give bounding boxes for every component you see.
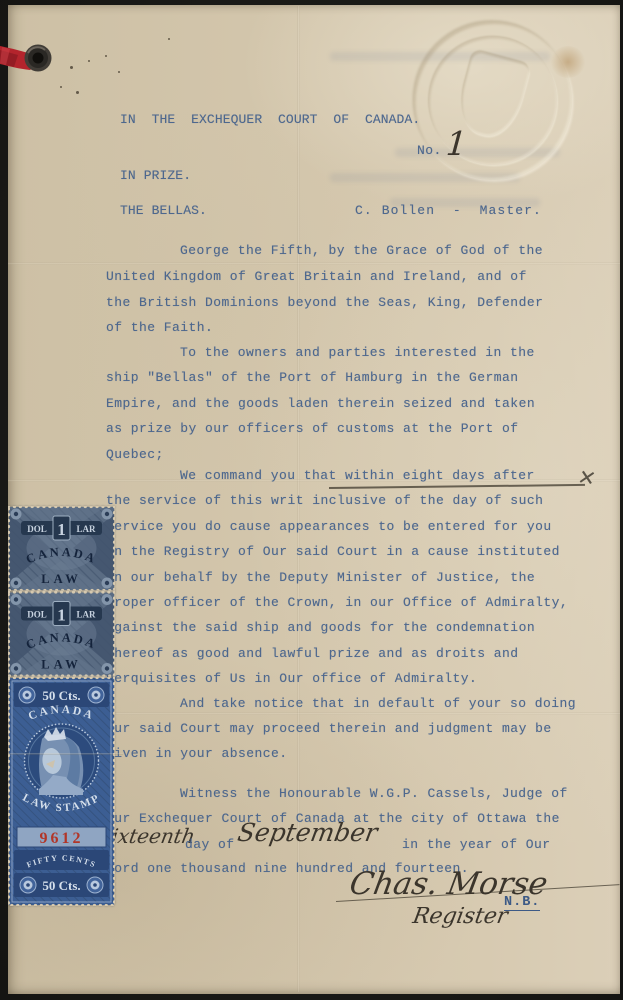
stamp-law-label: LAW — [41, 572, 81, 586]
typed-line: To the owners and parties interested in … — [180, 345, 535, 360]
victoria-portrait — [25, 724, 99, 798]
typed-line: George the Fifth, by the Grace of God of… — [180, 243, 543, 258]
stamp-denom-value: 1 — [57, 606, 66, 625]
typed-line: We command you that within eight days af… — [180, 468, 535, 483]
typed-line: thereof as good and lawful prize and as … — [106, 646, 519, 661]
typed-line: perquisites of Us in Our office of Admir… — [106, 671, 477, 686]
court-heading: IN THE EXCHEQUER COURT OF CANADA. — [120, 112, 420, 127]
typed-line: day of — [185, 837, 235, 852]
typed-line: Empire, and the goods laden therein seiz… — [106, 396, 535, 411]
stamp-denom-left: DOL — [27, 610, 47, 620]
one-dollar-law-stamp: DOL LAR 1 CANADA LAW — [8, 506, 115, 591]
typed-line: Our said Court may proceed therein and j… — [106, 721, 552, 736]
typed-line: ship "Bellas" of the Port of Hamburg in … — [106, 370, 519, 385]
typed-line: given in your absence. — [106, 746, 288, 761]
one-dollar-law-stamp: DOL LAR 1 CANADA LAW — [8, 591, 115, 677]
stamp-denom-top: 50 Cts. — [42, 688, 80, 703]
typed-line: against the said ship and goods for the … — [106, 620, 535, 635]
stamp-denom-right: LAR — [76, 610, 96, 620]
paper-speck — [105, 55, 107, 57]
typed-line: in the Registry of Our said Court in a c… — [106, 544, 560, 559]
typed-line: of the Faith. — [106, 320, 213, 335]
stamp-denom-left: DOL — [27, 524, 47, 534]
stamp-serial-number: 9612 — [40, 830, 84, 847]
typed-line: Witness the Honourable W.G.P. Cassels, J… — [180, 786, 568, 801]
paper-speck — [118, 71, 120, 73]
typed-line: as prize by our officers of customs at t… — [106, 421, 519, 436]
paper-speck — [76, 91, 79, 94]
typed-line: in the year of Our — [402, 837, 551, 852]
typed-line: United Kingdom of Great Britain and Irel… — [106, 269, 527, 284]
case-number-value: 1 — [445, 124, 469, 163]
master-name: C. Bollen - Master. — [355, 203, 542, 218]
registrar-title: Register — [411, 904, 510, 929]
photo-backdrop: IN THE EXCHEQUER COURT OF CANADA. No. 1 … — [0, 0, 623, 1000]
binding-ribbon-and-grommet — [0, 40, 60, 80]
case-number-label: No. — [417, 143, 442, 158]
fifty-cent-law-stamp: 50 Cts. CANADA LAW STAMP 9612 FIFTY CENT… — [8, 677, 115, 906]
stain-spot — [550, 46, 586, 78]
typed-line: Quebec; — [106, 447, 164, 462]
stamp-law-label: LAW — [41, 658, 81, 672]
handwritten-month: September — [235, 818, 379, 847]
typed-line: service you do cause appearances to be e… — [106, 519, 552, 534]
paper-speck — [70, 66, 73, 69]
typed-line: the British Dominions beyond the Seas, K… — [106, 295, 543, 310]
typed-line: on our behalf by the Deputy Minister of … — [106, 570, 535, 585]
paper-speck — [88, 60, 90, 62]
stamp-denom-value: 1 — [57, 520, 66, 539]
paper-speck — [60, 86, 62, 88]
in-prize-label: IN PRIZE. — [120, 168, 191, 183]
typed-line: proper officer of the Crown, in our Offi… — [106, 595, 568, 610]
stamp-denom-right: LAR — [76, 524, 96, 534]
ship-name: THE BELLAS. — [120, 203, 207, 218]
paper-speck — [168, 38, 170, 40]
metal-grommet — [25, 45, 52, 72]
typed-line: And take notice that in default of your … — [180, 696, 576, 711]
typed-line: the service of this writ inclusive of th… — [106, 493, 543, 508]
nb-initials: N.B. — [504, 895, 540, 911]
stamp-denom-bottom: 50 Cts. — [42, 878, 80, 893]
